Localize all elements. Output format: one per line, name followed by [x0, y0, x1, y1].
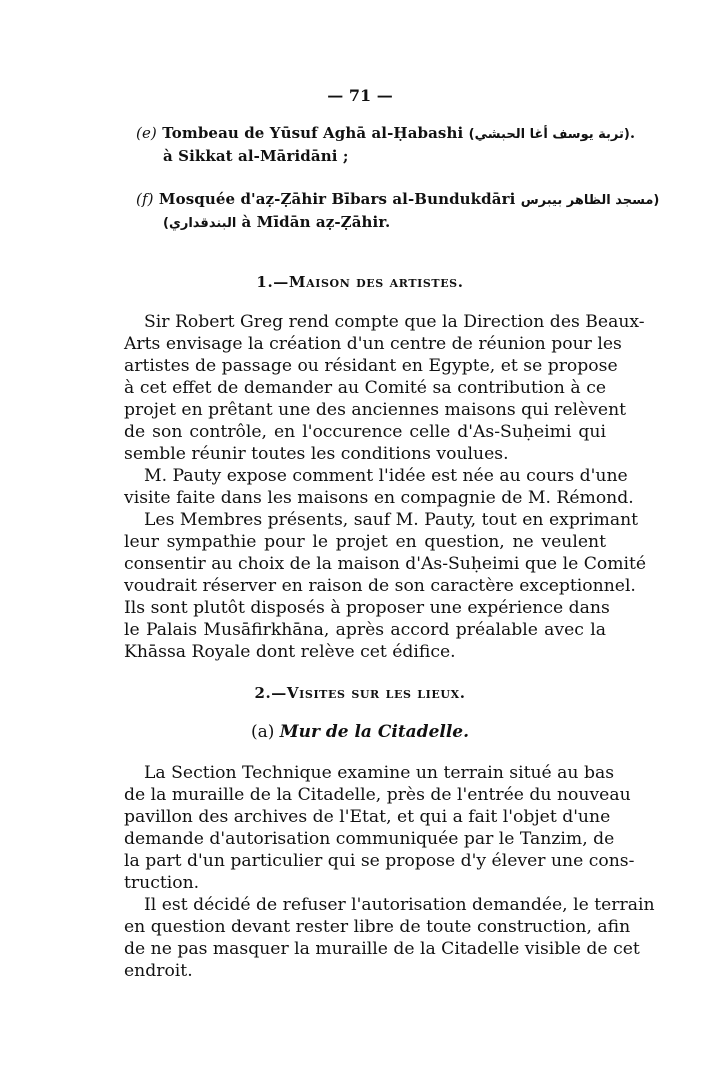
item-label: (e)	[136, 124, 157, 142]
section-heading-1: 1.—Maison des artistes.	[0, 273, 720, 291]
subsection-heading: (a) Mur de la Citadelle.	[0, 722, 720, 742]
item-punct: .	[630, 124, 635, 142]
text-line: La Section Technique examine un terrain …	[124, 762, 606, 784]
list-item-e-cont: à Sikkat al-Māridāni ;	[163, 147, 348, 165]
page-number: — 71 —	[0, 86, 720, 105]
text-line: le Palais Musāfirkhāna, après accord pré…	[124, 619, 606, 641]
section-heading-2: 2.—Visites sur les lieux.	[0, 684, 720, 702]
text-line: Il est décidé de refuser l'autorisation …	[124, 894, 606, 916]
text-line: endroit.	[124, 960, 606, 982]
list-item-f-cont: البندقداري) à Mīdān aẓ-Ẓāhir.	[163, 213, 390, 231]
text-line: demande d'autorisation communiquée par l…	[124, 828, 606, 850]
text-line: Les Membres présents, sauf M. Pauty, tou…	[124, 509, 606, 531]
text-line: consentir au choix de la maison d'As-Suḥ…	[124, 553, 606, 575]
paragraph: La Section Technique examine un terrain …	[124, 762, 606, 894]
text-line: projet en prêtant une des anciennes mais…	[124, 399, 606, 421]
text-line: en question devant rester libre de toute…	[124, 916, 606, 938]
list-item-f: (f) Mosquée d'aẓ-Ẓāhir Bībars al-Bundukd…	[136, 190, 606, 208]
text-line: leur sympathie pour le projet en questio…	[124, 531, 606, 553]
text-line: artistes de passage ou résidant en Egypt…	[124, 355, 606, 377]
paragraph: Il est décidé de refuser l'autorisation …	[124, 894, 606, 982]
text-line: voudrait réserver en raison de son carac…	[124, 575, 606, 597]
text-line: truction.	[124, 872, 606, 894]
text-line: Khāssa Royale dont relève cet édifice.	[124, 641, 606, 663]
item-text: Tombeau de Yūsuf Aghā al-Ḥabashi	[162, 124, 463, 142]
document-page: — 71 — (e) Tombeau de Yūsuf Aghā al-Ḥaba…	[0, 0, 720, 1082]
item-label: (f)	[136, 190, 154, 208]
text-line: visite faite dans les maisons en compagn…	[124, 487, 606, 509]
paragraph: Les Membres présents, sauf M. Pauty, tou…	[124, 509, 606, 663]
subsection-label: (a)	[251, 722, 274, 742]
list-item-e: (e) Tombeau de Yūsuf Aghā al-Ḥabashi (تر…	[136, 124, 635, 142]
text-line: Ils sont plutôt disposés à proposer une …	[124, 597, 606, 619]
text-line: de ne pas masquer la muraille de la Cita…	[124, 938, 606, 960]
paragraph: Sir Robert Greg rend compte que la Direc…	[124, 311, 606, 465]
arabic-text: (تربة يوسف أغا الحبشي)	[469, 127, 630, 142]
text-line: à cet effet de demander au Comité sa con…	[124, 377, 606, 399]
subsection-title: Mur de la Citadelle.	[280, 722, 469, 742]
item-text: à Mīdān aẓ-Ẓāhir.	[242, 213, 391, 231]
text-line: Sir Robert Greg rend compte que la Direc…	[124, 311, 606, 333]
text-line: Arts envisage la création d'un centre de…	[124, 333, 606, 355]
paragraph: M. Pauty expose comment l'idée est née a…	[124, 465, 606, 509]
text-line: la part d'un particulier qui se propose …	[124, 850, 606, 872]
text-line: de la muraille de la Citadelle, près de …	[124, 784, 606, 806]
text-line: de son contrôle, en l'occurence celle d'…	[124, 421, 606, 443]
text-line: pavillon des archives de l'Etat, et qui …	[124, 806, 606, 828]
arabic-text: البندقداري)	[163, 216, 236, 231]
arabic-text: (مسجد الظاهر بيبرس	[521, 193, 660, 208]
text-line: semble réunir toutes les conditions voul…	[124, 443, 606, 465]
text-line: M. Pauty expose comment l'idée est née a…	[124, 465, 606, 487]
item-text: Mosquée d'aẓ-Ẓāhir Bībars al-Bundukdāri	[159, 190, 515, 208]
